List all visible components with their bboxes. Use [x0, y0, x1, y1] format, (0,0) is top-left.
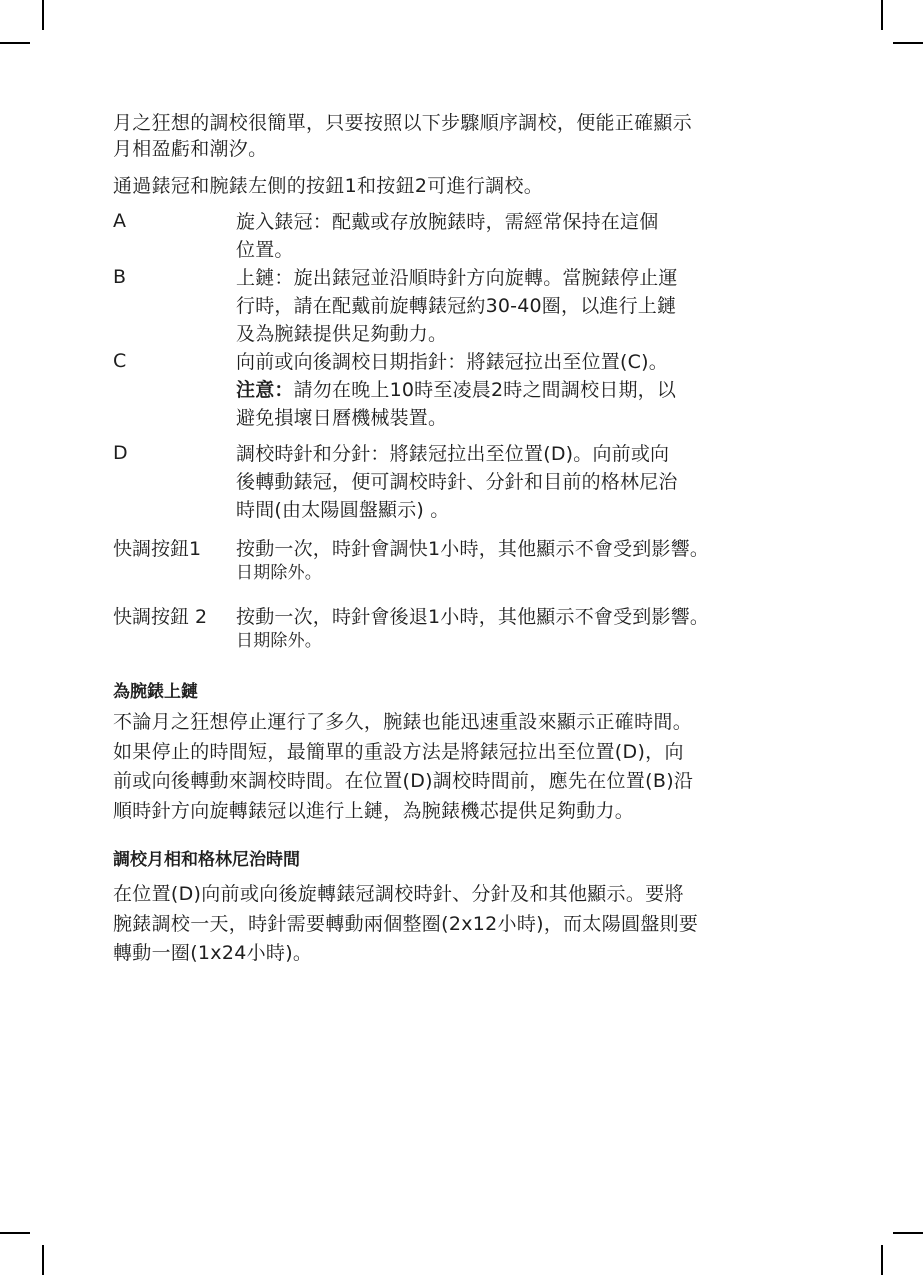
crop-mark-bottom-right-horizontal — [893, 1232, 923, 1234]
crop-mark-top-left-vertical — [42, 0, 44, 30]
paragraph-line: 轉動一圈(1x24小時)。 — [113, 939, 733, 969]
buttons-note: 通過錶冠和腕錶左側的按鈕1和按鈕2可進行調校。 — [113, 173, 733, 199]
note-label: 注意： — [236, 379, 294, 401]
quick-button-description: 按動一次，時針會後退1小時，其他顯示不會受到影響。 日期除外。 — [236, 604, 706, 652]
crop-mark-top-right-vertical — [881, 0, 883, 30]
section-heading-winding: 為腕錶上鏈 — [113, 680, 198, 704]
description-line: 按動一次，時針會後退1小時，其他顯示不會受到影響。 — [236, 604, 706, 630]
crop-mark-bottom-left-vertical — [42, 1245, 44, 1275]
position-label: C — [113, 348, 126, 374]
note-text: 請勿在晚上10時至凌晨2時之間調校日期，以 — [294, 379, 676, 401]
position-description: 旋入錶冠：配戴或存放腕錶時，需經常保持在這個 位置。 — [236, 208, 706, 264]
description-line: 上鏈：旋出錶冠並沿順時針方向旋轉。當腕錶停止運 — [236, 264, 706, 292]
description-exception: 日期除外。 — [236, 562, 706, 584]
intro-paragraph: 月之狂想的調校很簡單，只要按照以下步驟順序調校，便能正確顯示 月相盈虧和潮汐。 — [113, 110, 733, 162]
paragraph-line: 如果停止的時間短，最簡單的重設方法是將錶冠拉出至位置(D)，向 — [113, 738, 733, 768]
description-line: 向前或向後調校日期指針：將錶冠拉出至位置(C)。 — [236, 348, 706, 376]
description-line: 調校時針和分針：將錶冠拉出至位置(D)。向前或向 — [236, 440, 706, 468]
description-line: 旋入錶冠：配戴或存放腕錶時，需經常保持在這個 — [236, 208, 706, 236]
intro-line: 月之狂想的調校很簡單，只要按照以下步驟順序調校，便能正確顯示 — [113, 110, 733, 136]
description-line: 位置。 — [236, 236, 706, 264]
intro-line: 月相盈虧和潮汐。 — [113, 136, 733, 162]
crop-mark-top-right-horizontal — [893, 42, 923, 44]
crop-mark-top-left-horizontal — [0, 42, 30, 44]
paragraph-line: 腕錶調校一天，時針需要轉動兩個整圈(2x12小時)，而太陽圓盤則要 — [113, 910, 733, 940]
position-label: D — [113, 440, 128, 466]
position-description: 向前或向後調校日期指針：將錶冠拉出至位置(C)。 注意：請勿在晚上10時至凌晨2… — [236, 348, 706, 432]
section-paragraph-moonphase-gmt: 在位置(D)向前或向後旋轉錶冠調校時針、分針及和其他顯示。要將 腕錶調校一天，時… — [113, 880, 733, 969]
description-line: 行時，請在配戴前旋轉錶冠約30-40圈，以進行上鏈 — [236, 292, 706, 320]
description-exception: 日期除外。 — [236, 630, 706, 652]
note-line: 注意：請勿在晚上10時至凌晨2時之間調校日期，以 — [236, 376, 706, 404]
position-label: B — [113, 264, 126, 290]
description-line: 後轉動錶冠，便可調校時針、分針和目前的格林尼治 — [236, 468, 706, 496]
crop-mark-bottom-right-vertical — [881, 1245, 883, 1275]
paragraph-line: 不論月之狂想停止運行了多久，腕錶也能迅速重設來顯示正確時間。 — [113, 708, 733, 738]
description-line: 按動一次，時針會調快1小時，其他顯示不會受到影響。 — [236, 536, 706, 562]
position-label: A — [113, 208, 126, 234]
section-paragraph-winding: 不論月之狂想停止運行了多久，腕錶也能迅速重設來顯示正確時間。 如果停止的時間短，… — [113, 708, 733, 826]
quick-button-label: 快調按鈕 2 — [113, 604, 207, 630]
description-line: 及為腕錶提供足夠動力。 — [236, 320, 706, 348]
position-description: 上鏈：旋出錶冠並沿順時針方向旋轉。當腕錶停止運 行時，請在配戴前旋轉錶冠約30-… — [236, 264, 706, 348]
paragraph-line: 在位置(D)向前或向後旋轉錶冠調校時針、分針及和其他顯示。要將 — [113, 880, 733, 910]
quick-button-description: 按動一次，時針會調快1小時，其他顯示不會受到影響。 日期除外。 — [236, 536, 706, 584]
paragraph-line: 前或向後轉動來調校時間。在位置(D)調校時間前，應先在位置(B)沿 — [113, 767, 733, 797]
section-heading-moonphase-gmt: 調校月相和格林尼治時間 — [113, 848, 300, 872]
paragraph-line: 順時針方向旋轉錶冠以進行上鏈，為腕錶機芯提供足夠動力。 — [113, 797, 733, 827]
position-description: 調校時針和分針：將錶冠拉出至位置(D)。向前或向 後轉動錶冠，便可調校時針、分針… — [236, 440, 706, 524]
quick-button-label: 快調按鈕1 — [113, 536, 201, 562]
crop-mark-bottom-left-horizontal — [0, 1232, 30, 1234]
note-line: 避免損壞日曆機械裝置。 — [236, 404, 706, 432]
description-line: 時間(由太陽圓盤顯示) 。 — [236, 496, 706, 524]
